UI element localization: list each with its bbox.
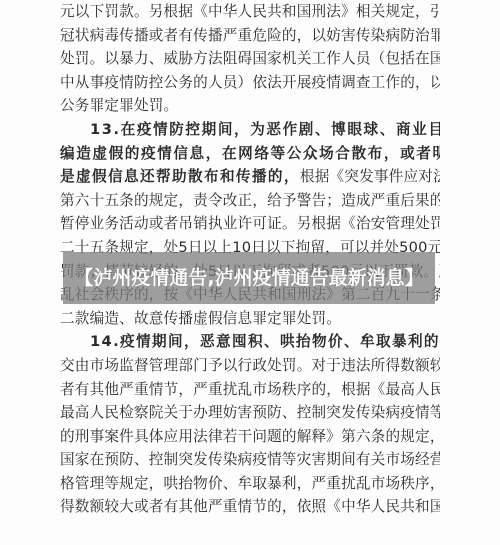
- bold-text: 14.疫情期间，恶意囤积、哄抬物价、牟取暴利的，: [90, 333, 440, 350]
- text-line: 交由市场监督管理部门予以行政处罚。对于违法所得数额较大或: [60, 354, 440, 378]
- text-line: 处罚。以暴力、威胁方法阻碍国家机关工作人员（包括在国家机关: [60, 47, 440, 71]
- text-line: 元以下罚款。另根据《中华人民共和国刑法》相关规定，引起新型: [60, 0, 440, 24]
- bold-text: 是虚假信息还帮助散布和传播的，: [60, 168, 300, 185]
- regular-text: 根据《突发事件应对法》: [300, 168, 440, 185]
- text-line: 二款编造、故意传播虚假信息罪定罪处罚。: [60, 307, 440, 331]
- text-line: 暂停业务活动或者吊销执业许可证。另根据《治安管理处罚法》第: [60, 212, 440, 236]
- section-13-heading-cont: 编造虚假的疫情信息，在网络等公众场合散布，或者明知: [60, 142, 440, 166]
- text-line: 公务罪定罪处罚。: [60, 94, 440, 118]
- text-line-mixed: 是虚假信息还帮助散布和传播的，根据《突发事件应对法》: [60, 165, 440, 189]
- section-13-heading: 13.在疫情防控期间，为恶作剧、博眼球、商业目的等: [60, 118, 440, 142]
- text-line: 的刑事案件具体应用法律若干问题的解释》第六条的规定，违反: [60, 425, 440, 449]
- document-page: 元以下罚款。另根据《中华人民共和国刑法》相关规定，引起新型 冠状病毒传播或者有传…: [0, 0, 500, 545]
- text-line: 最高人民检察院关于办理妨害预防、控制突发传染病疫情等灾害: [60, 401, 440, 425]
- text-line: 国家在预防、控制突发传染病疫情等灾害期间有关市场经营、价: [60, 448, 440, 472]
- title-overlay-band: 【泸州疫情通告,泸州疫情通告最新消息】: [63, 252, 435, 304]
- text-line: 格管理等规定，哄抬物价、牟取暴利，严重扰乱市场秩序，违法所: [60, 472, 440, 496]
- text-line: 者有其他严重情节，严重扰乱市场秩序的，根据《最高人民法院、: [60, 378, 440, 402]
- section-14-heading: 14.疫情期间，恶意囤积、哄抬物价、牟取暴利的，将: [60, 330, 440, 354]
- text-line: 得数额较大或者有其他严重情节的，依照《中华人民共和国刑法》: [60, 495, 440, 519]
- text-line: 中从事疫情防控公务的人员）依法开展疫情调查工作的，以妨害: [60, 71, 440, 95]
- text-line: 冠状病毒传播或者有传播严重危险的，以妨害传染病防治罪定罪: [60, 24, 440, 48]
- text-line: 第六十五条的规定，责令改正，给予警告；造成严重后果的，依法: [60, 189, 440, 213]
- overlay-title: 【泸州疫情通告,泸州疫情通告最新消息】: [73, 268, 425, 289]
